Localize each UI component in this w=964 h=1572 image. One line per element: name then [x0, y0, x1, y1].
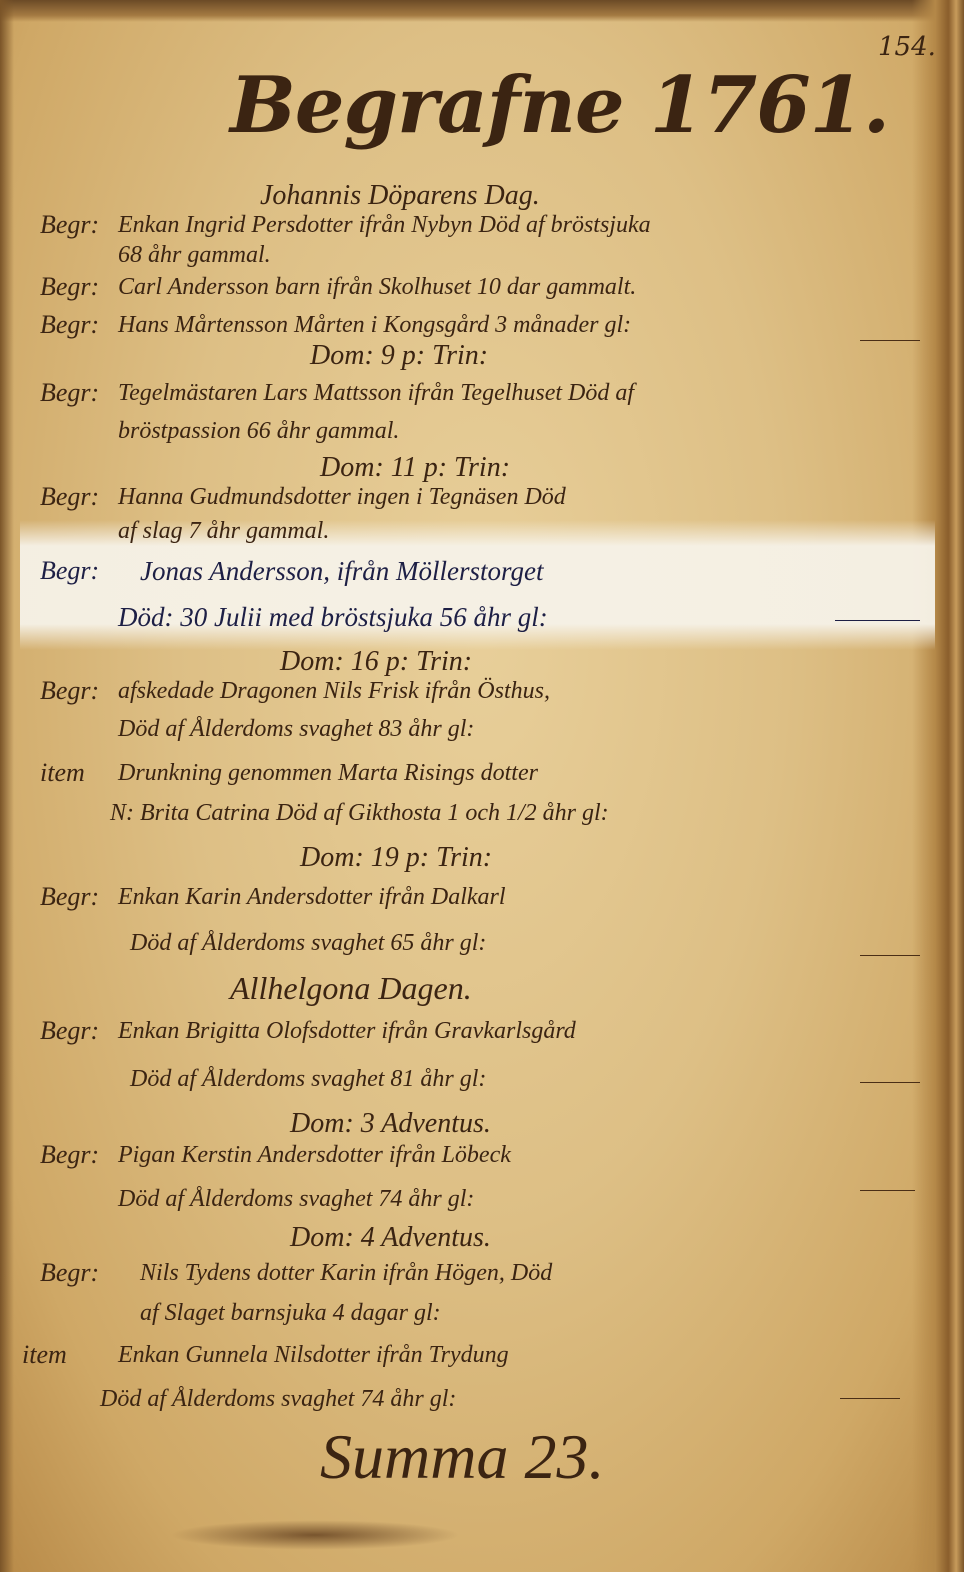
entry-line: Enkan Ingrid Persdotter ifrån Nybyn Död … — [118, 212, 651, 239]
entry-margin-label: Begr: — [40, 1016, 99, 1046]
section-heading: Dom: 4 Adventus. — [290, 1222, 491, 1254]
entry-line: Enkan Brigitta Olofsdotter ifrån Gravkar… — [118, 1018, 576, 1045]
entry-margin-label: Begr: — [40, 556, 99, 586]
entry-line: 68 åhr gammal. — [118, 242, 271, 269]
page-top-edge — [0, 0, 964, 22]
entry-line: Död af Ålderdoms svaghet 65 åhr gl: — [130, 930, 486, 957]
entry-margin-label: Begr: — [40, 882, 99, 912]
entry-end-rule — [860, 1190, 915, 1191]
section-heading: Johannis Döparens Dag. — [260, 180, 540, 212]
section-heading: Dom: 16 p: Trin: — [280, 646, 472, 678]
entry-margin-label: Begr: — [40, 210, 99, 240]
entry-line: Död af Ålderdoms svaghet 83 åhr gl: — [118, 716, 474, 743]
entry-margin-label: Begr: — [40, 676, 99, 706]
entry-line: Nils Tydens dotter Karin ifrån Högen, Dö… — [140, 1260, 552, 1287]
section-heading: Dom: 11 p: Trin: — [320, 452, 510, 484]
page-number: 154. — [878, 32, 936, 62]
entry-line: Enkan Karin Andersdotter ifrån Dalkarl — [118, 884, 506, 911]
entry-line-highlighted: Död: 30 Julii med bröstsjuka 56 åhr gl: — [118, 602, 548, 633]
entry-margin-label: item — [40, 758, 85, 788]
entry-margin-label: Begr: — [40, 1140, 99, 1170]
entry-end-rule — [860, 955, 920, 956]
entry-margin-label: Begr: — [40, 272, 99, 302]
ink-flourish — [170, 1520, 460, 1550]
section-heading: Dom: 3 Adventus. — [290, 1108, 491, 1140]
section-heading: Dom: 9 p: Trin: — [310, 340, 488, 372]
entry-line: Carl Andersson barn ifrån Skolhuset 10 d… — [118, 274, 636, 301]
entry-line: af slag 7 åhr gammal. — [118, 518, 329, 545]
entry-margin-label: Begr: — [40, 378, 99, 408]
page-left-edge — [0, 0, 14, 1572]
entry-end-rule — [840, 1398, 900, 1399]
page-binding-edge — [912, 0, 964, 1572]
register-page: 154. Begrafne 1761. Johannis Döparens Da… — [0, 0, 964, 1572]
entry-end-rule — [860, 340, 920, 341]
entry-margin-label: Begr: — [40, 1258, 99, 1288]
entry-margin-label: Begr: — [40, 482, 99, 512]
page-title: Begrafne 1761. — [230, 60, 889, 151]
entry-line: Död af Ålderdoms svaghet 74 åhr gl: — [100, 1386, 456, 1413]
entry-line: Död af Ålderdoms svaghet 74 åhr gl: — [118, 1186, 474, 1213]
entry-line: afskedade Dragonen Nils Frisk ifrån Östh… — [118, 678, 550, 705]
entry-margin-label: Begr: — [40, 310, 99, 340]
entry-line: Enkan Gunnela Nilsdotter ifrån Trydung — [118, 1342, 509, 1369]
entry-end-rule — [860, 1082, 920, 1083]
section-heading: Dom: 19 p: Trin: — [300, 842, 492, 874]
entry-line-highlighted: Jonas Andersson, ifrån Möllerstorget — [140, 556, 544, 587]
entry-line: Pigan Kerstin Andersdotter ifrån Löbeck — [118, 1142, 511, 1169]
entry-line: Död af Ålderdoms svaghet 81 åhr gl: — [130, 1066, 486, 1093]
entry-end-rule — [835, 620, 920, 621]
entry-margin-label: item — [22, 1340, 67, 1370]
burial-total: Summa 23. — [320, 1420, 604, 1494]
entry-line: af Slaget barnsjuka 4 dagar gl: — [140, 1300, 441, 1327]
entry-line: Hans Mårtensson Mårten i Kongsgård 3 mån… — [118, 312, 631, 339]
entry-line: bröstpassion 66 åhr gammal. — [118, 418, 399, 445]
entry-line: Tegelmästaren Lars Mattsson ifrån Tegelh… — [118, 380, 634, 407]
entry-line: N: Brita Catrina Död af Gikthosta 1 och … — [110, 800, 609, 827]
section-heading: Allhelgona Dagen. — [230, 970, 472, 1007]
entry-line: Hanna Gudmundsdotter ingen i Tegnäsen Dö… — [118, 484, 566, 511]
entry-line: Drunkning genommen Marta Risings dotter — [118, 760, 538, 787]
